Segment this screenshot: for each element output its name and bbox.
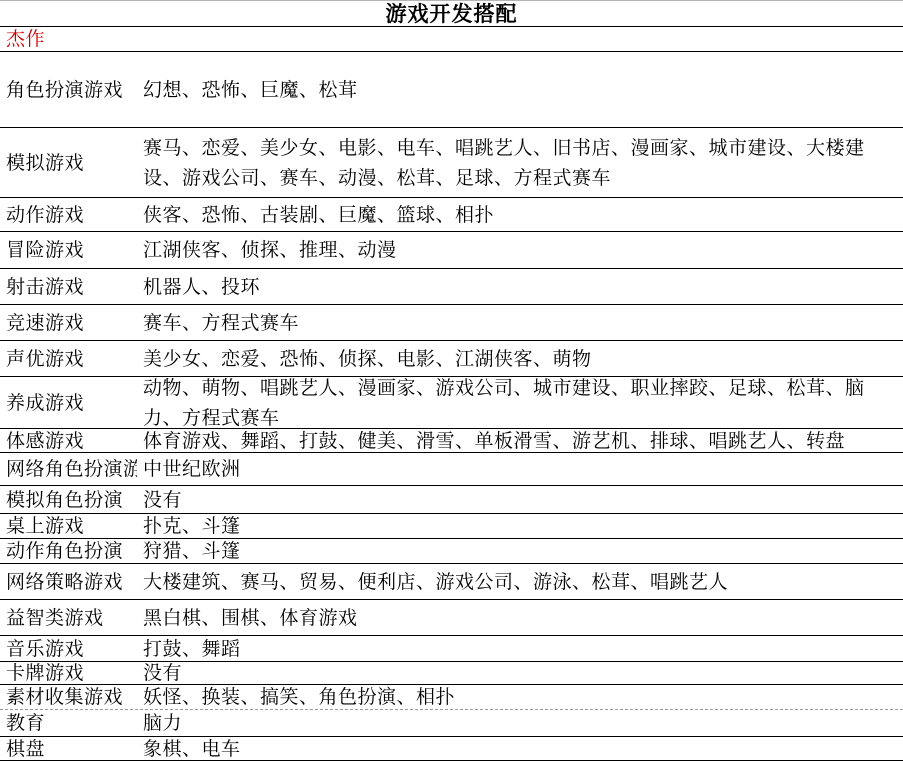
items-cell: 动物、萌物、唱跳艺人、漫画家、游戏公司、城市建设、职业摔跤、足球、松茸、脑力、方… xyxy=(137,377,903,428)
genre-cell: 体感游戏 xyxy=(0,429,137,452)
genre-cell: 卡牌游戏 xyxy=(0,662,137,684)
genre-cell: 动作游戏 xyxy=(0,198,137,231)
items-cell: 打鼓、舞蹈 xyxy=(137,636,903,661)
items-cell: 赛马、恋爱、美少女、电影、电车、唱跳艺人、旧书店、漫画家、城市建设、大楼建设、游… xyxy=(137,128,903,197)
table-row: 动作角色扮演 狩猎、斗篷 xyxy=(0,539,903,564)
table-row: 竞速游戏 赛车、方程式赛车 xyxy=(0,305,903,341)
genre-cell: 桌上游戏 xyxy=(0,514,137,538)
genre-cell: 竞速游戏 xyxy=(0,305,137,340)
items-cell: 体育游戏、舞蹈、打鼓、健美、滑雪、单板滑雪、游艺机、排球、唱跳艺人、转盘 xyxy=(137,429,903,452)
items-cell: 狩猎、斗篷 xyxy=(137,539,903,563)
table-row: 卡牌游戏 没有 xyxy=(0,662,903,685)
masterpiece-label: 杰作 xyxy=(0,27,137,51)
genre-cell: 声优游戏 xyxy=(0,341,137,376)
table-row: 模拟角色扮演 没有 xyxy=(0,486,903,514)
items-cell: 大楼建筑、赛马、贸易、便利店、游戏公司、游泳、松茸、唱跳艺人 xyxy=(137,564,903,599)
genre-cell: 网络角色扮演游 xyxy=(0,453,137,485)
items-cell xyxy=(137,27,903,51)
genre-cell: 教育 xyxy=(0,710,137,736)
items-cell: 赛车、方程式赛车 xyxy=(137,305,903,340)
table-row: 声优游戏 美少女、恋爱、恐怖、侦探、电影、江湖侠客、萌物 xyxy=(0,341,903,377)
table-row: 棋盘 象棋、电车 xyxy=(0,737,903,761)
genre-cell: 素材收集游戏 xyxy=(0,685,137,709)
items-cell: 幻想、恐怖、巨魔、松茸 xyxy=(137,52,903,127)
items-cell: 侠客、恐怖、古装剧、巨魔、篮球、相扑 xyxy=(137,198,903,231)
items-cell: 美少女、恋爱、恐怖、侦探、电影、江湖侠客、萌物 xyxy=(137,341,903,376)
items-cell: 中世纪欧洲 xyxy=(137,453,903,485)
genre-cell: 棋盘 xyxy=(0,737,137,760)
genre-cell: 益智类游戏 xyxy=(0,600,137,635)
table-row: 动作游戏 侠客、恐怖、古装剧、巨魔、篮球、相扑 xyxy=(0,198,903,232)
items-cell: 妖怪、换装、搞笑、角色扮演、相扑 xyxy=(137,685,903,709)
masterpiece-row: 杰作 xyxy=(0,27,903,52)
items-cell: 象棋、电车 xyxy=(137,737,903,760)
genre-cell: 模拟游戏 xyxy=(0,128,137,197)
items-cell: 江湖侠客、侦探、推理、动漫 xyxy=(137,232,903,268)
genre-cell: 养成游戏 xyxy=(0,377,137,428)
table-row: 网络角色扮演游 中世纪欧洲 xyxy=(0,453,903,486)
table-row: 音乐游戏 打鼓、舞蹈 xyxy=(0,636,903,662)
items-cell: 脑力 xyxy=(137,710,903,736)
table-row: 桌上游戏 扑克、斗篷 xyxy=(0,514,903,539)
genre-cell: 角色扮演游戏 xyxy=(0,52,137,127)
items-cell: 机器人、投环 xyxy=(137,269,903,304)
genre-cell: 网络策略游戏 xyxy=(0,564,137,599)
table-row: 益智类游戏 黑白棋、围棋、体育游戏 xyxy=(0,600,903,636)
items-cell: 黑白棋、围棋、体育游戏 xyxy=(137,600,903,635)
items-cell: 扑克、斗篷 xyxy=(137,514,903,538)
table-header-row: 游戏开发搭配 xyxy=(0,1,903,27)
table-row: 角色扮演游戏 幻想、恐怖、巨魔、松茸 xyxy=(0,52,903,128)
genre-cell: 动作角色扮演 xyxy=(0,539,137,563)
table-row: 冒险游戏 江湖侠客、侦探、推理、动漫 xyxy=(0,232,903,269)
items-cell: 没有 xyxy=(137,486,903,513)
genre-cell: 冒险游戏 xyxy=(0,232,137,268)
page-title: 游戏开发搭配 xyxy=(386,2,518,26)
table-row: 养成游戏 动物、萌物、唱跳艺人、漫画家、游戏公司、城市建设、职业摔跤、足球、松茸… xyxy=(0,377,903,429)
table-row: 网络策略游戏 大楼建筑、赛马、贸易、便利店、游戏公司、游泳、松茸、唱跳艺人 xyxy=(0,564,903,600)
table-row: 模拟游戏 赛马、恋爱、美少女、电影、电车、唱跳艺人、旧书店、漫画家、城市建设、大… xyxy=(0,128,903,198)
genre-cell: 音乐游戏 xyxy=(0,636,137,661)
genre-cell: 模拟角色扮演 xyxy=(0,486,137,513)
items-cell: 没有 xyxy=(137,662,903,684)
table-row: 体感游戏 体育游戏、舞蹈、打鼓、健美、滑雪、单板滑雪、游艺机、排球、唱跳艺人、转… xyxy=(0,429,903,453)
game-dev-combo-table: 游戏开发搭配 杰作 角色扮演游戏 幻想、恐怖、巨魔、松茸 模拟游戏 赛马、恋爱、… xyxy=(0,0,903,761)
table-row: 射击游戏 机器人、投环 xyxy=(0,269,903,305)
table-row: 素材收集游戏 妖怪、换装、搞笑、角色扮演、相扑 xyxy=(0,685,903,710)
table-row: 教育 脑力 xyxy=(0,710,903,737)
genre-cell: 射击游戏 xyxy=(0,269,137,304)
